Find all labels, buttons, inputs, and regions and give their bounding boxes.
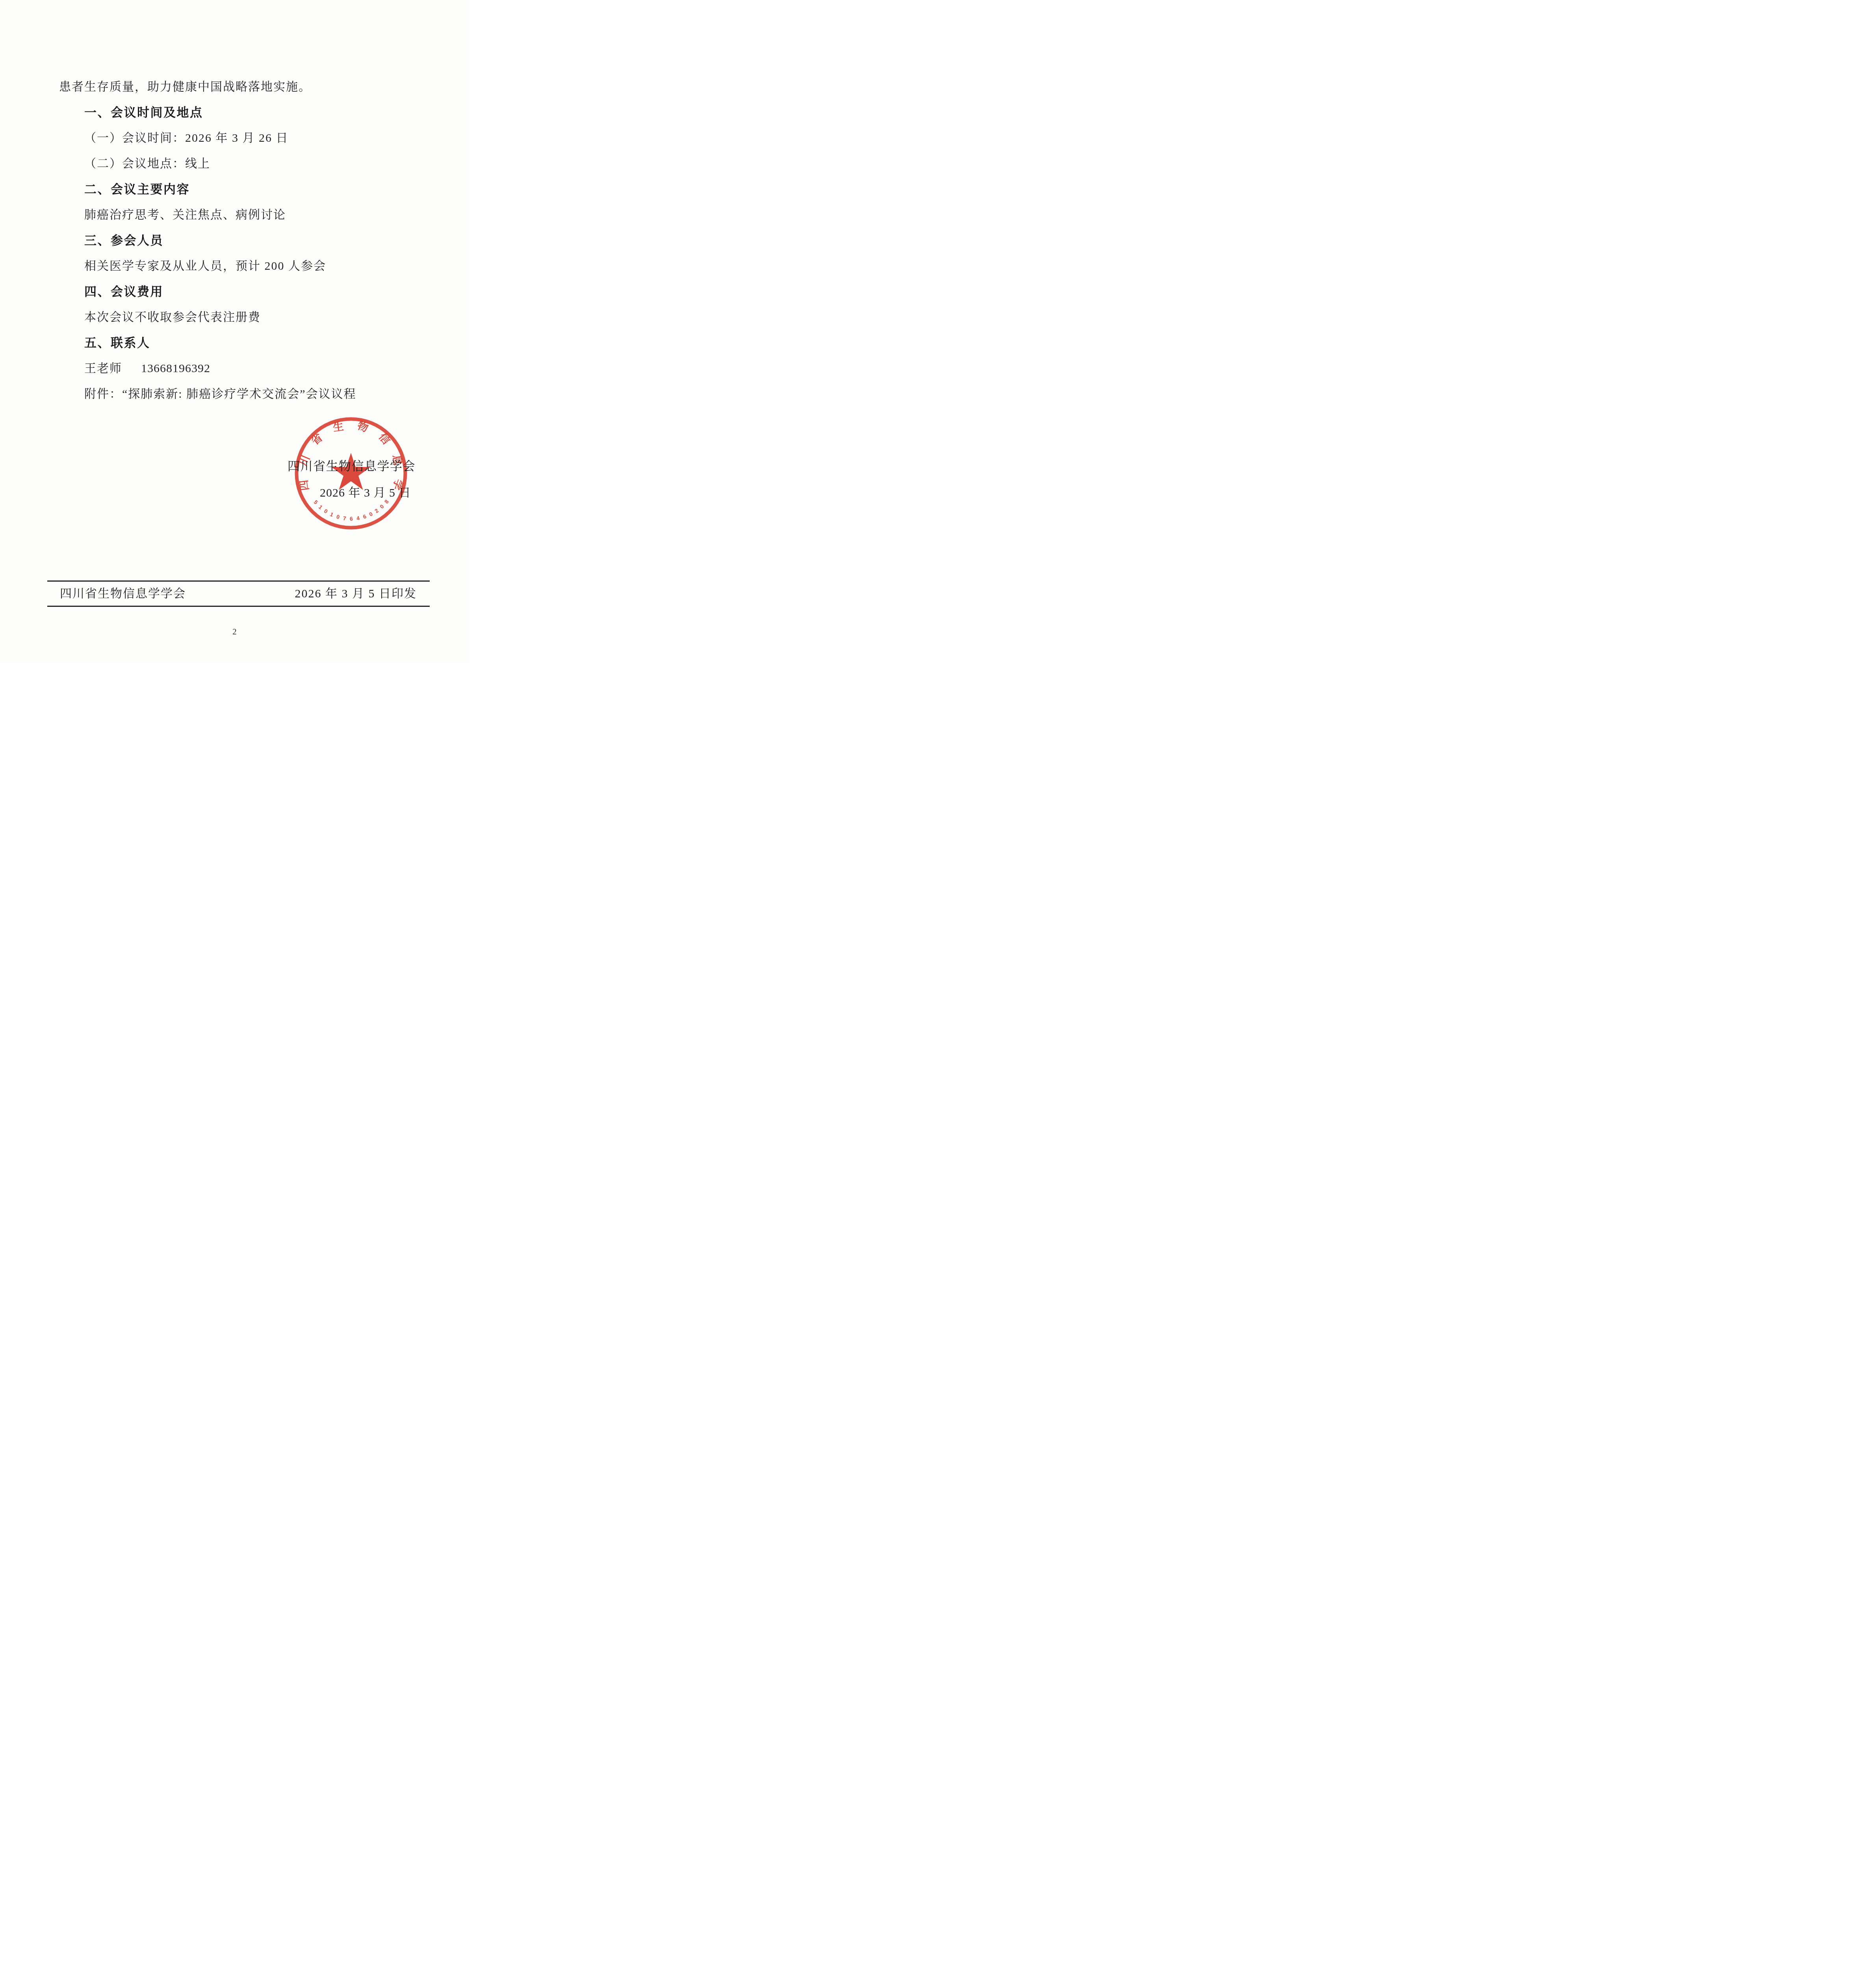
footer-organization: 四川省生物信息学学会 bbox=[60, 582, 186, 606]
body-contact: 王老师13668196392 bbox=[0, 356, 469, 381]
heading-contact: 五、联系人 bbox=[0, 330, 469, 356]
signature-date: 2026 年 3 月 5 日 bbox=[320, 487, 411, 499]
signature-organization: 四川省生物信息学学会 bbox=[288, 460, 416, 472]
contact-name: 王老师 bbox=[84, 362, 122, 375]
body-main-content: 肺癌治疗思考、关注焦点、病例讨论 bbox=[0, 202, 469, 228]
body-participants: 相关医学专家及从业人员，预计 200 人参会 bbox=[0, 253, 469, 279]
body-meeting-time: （一）会议时间：2026 年 3 月 26 日 bbox=[0, 125, 469, 151]
document-page: 患者生存质量，助力健康中国战略落地实施。 一、会议时间及地点 （一）会议时间：2… bbox=[0, 0, 469, 663]
heading-participants: 三、参会人员 bbox=[0, 228, 469, 253]
heading-fees: 四、会议费用 bbox=[0, 279, 469, 304]
footer-row: 四川省生物信息学学会 2026 年 3 月 5 日印发 bbox=[60, 582, 417, 606]
footer-rule-bottom bbox=[47, 606, 430, 607]
contact-phone: 13668196392 bbox=[141, 362, 210, 375]
document-body: 患者生存质量，助力健康中国战略落地实施。 一、会议时间及地点 （一）会议时间：2… bbox=[0, 74, 469, 407]
heading-main-content: 二、会议主要内容 bbox=[0, 176, 469, 202]
intro-paragraph-line: 患者生存质量，助力健康中国战略落地实施。 bbox=[0, 74, 469, 100]
footer-issue-date: 2026 年 3 月 5 日印发 bbox=[295, 582, 417, 606]
page-number: 2 bbox=[0, 627, 469, 637]
heading-time-location: 一、会议时间及地点 bbox=[0, 100, 469, 125]
official-seal-stamp: 四川省生物信息学学会 5101076460208 bbox=[292, 414, 410, 532]
body-meeting-place: （二）会议地点：线上 bbox=[0, 151, 469, 176]
body-fees: 本次会议不收取参会代表注册费 bbox=[0, 304, 469, 330]
body-attachment: 附件：“探肺索新: 肺癌诊疗学术交流会”会议议程 bbox=[0, 381, 469, 407]
